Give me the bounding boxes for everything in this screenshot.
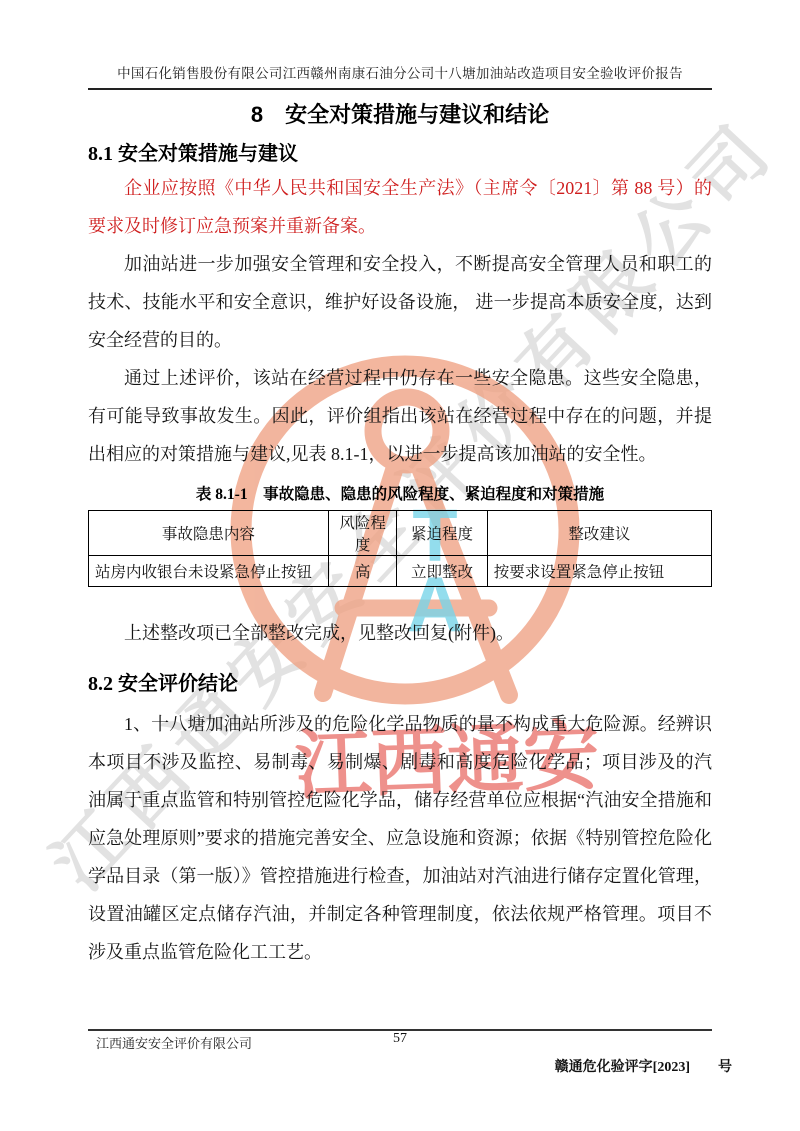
cell-rectification: 按要求设置紧急停止按钮 <box>487 556 711 587</box>
document-page: 江西通安安全评价有限公司 T A 江西通安 中国石化销售股份有限公司江西赣州南康… <box>0 0 800 1131</box>
page-content: 中国石化销售股份有限公司江西赣州南康石油分公司十八塘加油站改造项目安全验收评价报… <box>0 0 800 971</box>
table-row: 站房内收银台未设紧急停止按钮 高 立即整改 按要求设置紧急停止按钮 <box>89 556 712 587</box>
col-header-rectification: 整改建议 <box>487 511 711 556</box>
table-header-row: 事故隐患内容 风险程度 紧迫程度 整改建议 <box>89 511 712 556</box>
cell-urgency: 立即整改 <box>397 556 487 587</box>
running-header: 中国石化销售股份有限公司江西赣州南康石油分公司十八塘加油站改造项目安全验收评价报… <box>88 0 712 82</box>
col-header-risk-level: 风险程度 <box>328 511 397 556</box>
section-8-1-heading: 8.1 安全对策措施与建议 <box>88 139 712 169</box>
cell-hazard-content: 站房内收银台未设紧急停止按钮 <box>89 556 329 587</box>
paragraph-conclusion-1: 1、十八塘加油站所涉及的危险化学品物质的量不构成重大危险源。经辨识本项目不涉及监… <box>88 705 712 971</box>
cell-risk-level: 高 <box>328 556 397 587</box>
section-8-2-heading: 8.2 安全评价结论 <box>88 669 712 699</box>
hazard-table: 事故隐患内容 风险程度 紧迫程度 整改建议 站房内收银台未设紧急停止按钮 高 立… <box>88 510 712 587</box>
paragraph-red-requirement: 企业应按照《中华人民共和国安全生产法》（主席令〔2021〕第 88 号）的要求及… <box>88 169 712 245</box>
paragraph-evaluation-findings: 通过上述评价，该站在经营过程中仍存在一些安全隐患。这些安全隐患，有可能导致事故发… <box>88 359 712 473</box>
header-rule <box>88 88 712 90</box>
footer-page-number: 57 <box>0 1031 800 1047</box>
table-caption: 表 8.1-1 事故隐患、隐患的风险程度、紧迫程度和对策措施 <box>88 483 712 507</box>
footer-document-number: 赣通危化验评字[2023] 号 <box>555 1056 732 1076</box>
col-header-hazard-content: 事故隐患内容 <box>89 511 329 556</box>
col-header-urgency: 紧迫程度 <box>397 511 487 556</box>
paragraph-safety-management: 加油站进一步加强安全管理和安全投入，不断提高安全管理人员和职工的技术、技能水平和… <box>88 245 712 359</box>
paragraph-rectification-complete: 上述整改项已全部整改完成，见整改回复(附件)。 <box>88 614 712 652</box>
chapter-title: 8 安全对策措施与建议和结论 <box>88 100 712 130</box>
